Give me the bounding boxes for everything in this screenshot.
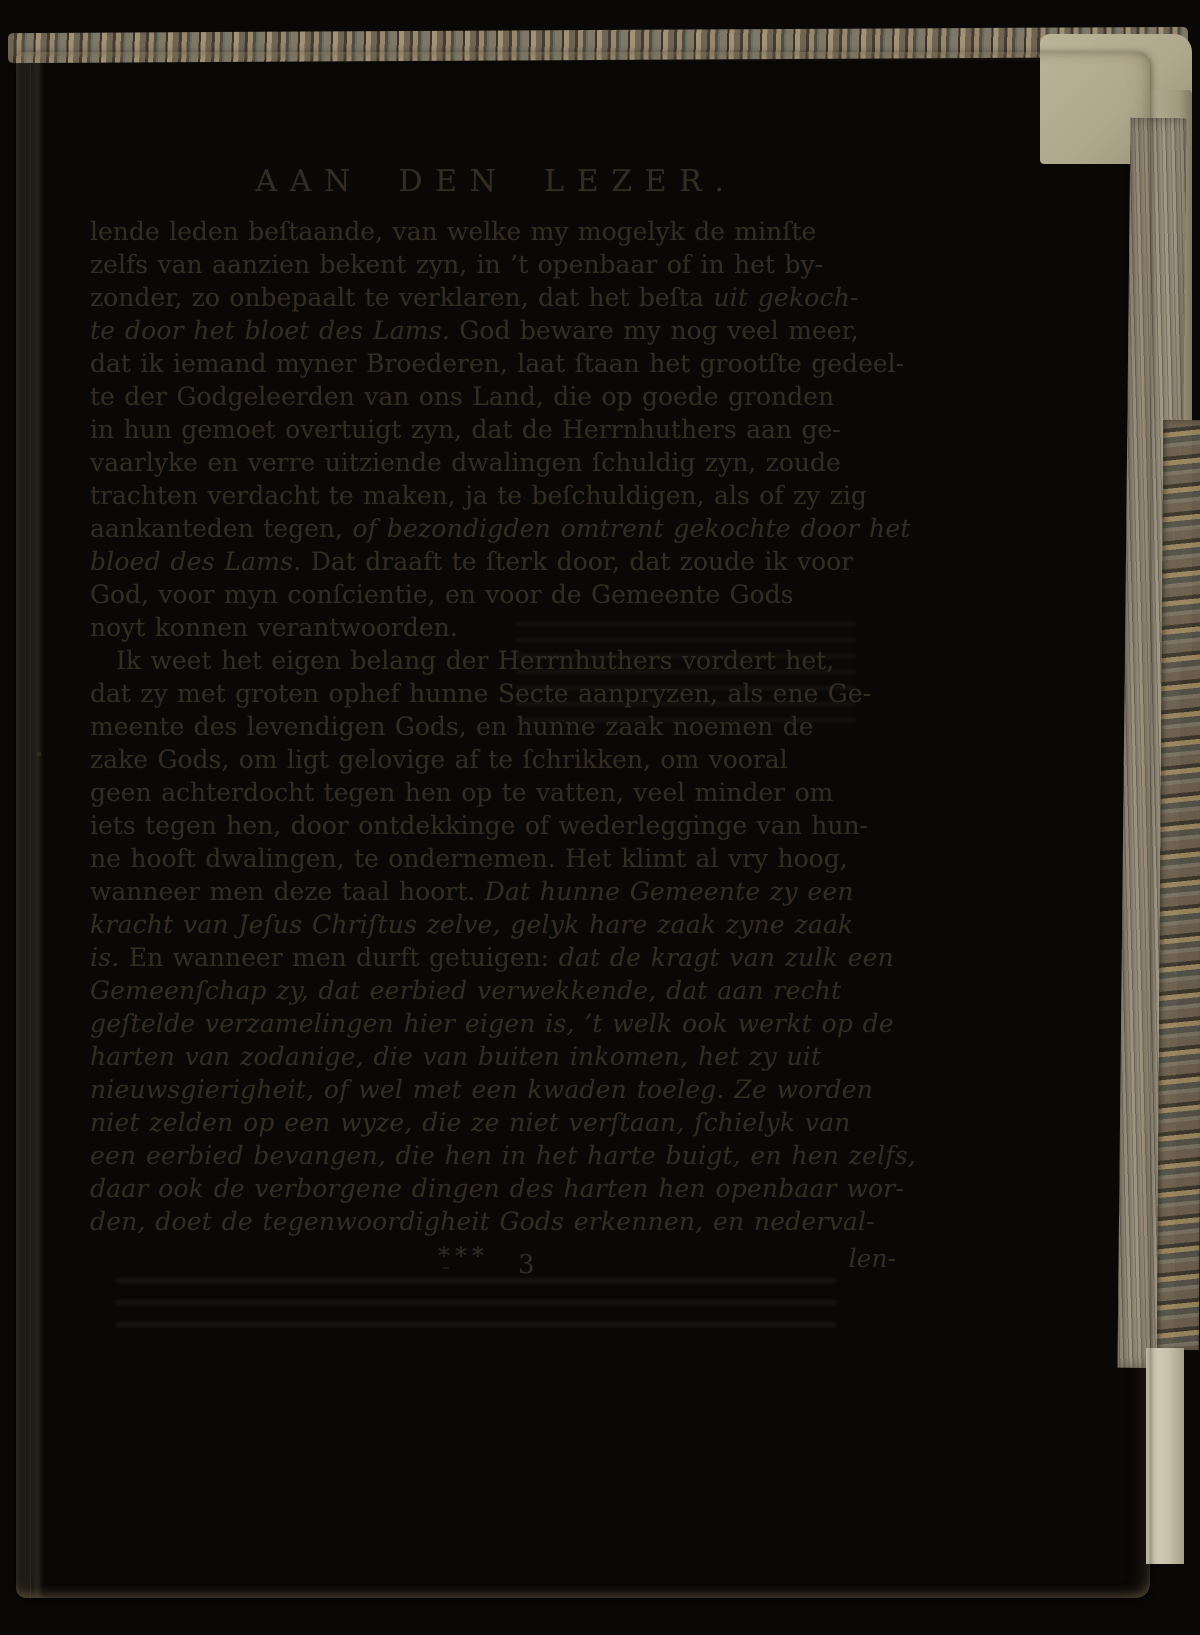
text-lines: lende leden beſtaande, van welke my moge… xyxy=(90,215,902,1238)
italic-text-segment: nieuwsgierigheit, of wel met een kwaden … xyxy=(90,1075,873,1104)
text-line: zonder, zo onbepaalt te verklaren, dat h… xyxy=(90,281,902,314)
text-line: geſtelde verzamelingen hier eigen is, ’t… xyxy=(90,1007,902,1040)
italic-text-segment: bloed des Lams. xyxy=(90,547,301,576)
italic-text-segment: harten van zodanige, die van buiten inko… xyxy=(90,1042,821,1071)
roman-text-segment: meente des levendigen Gods, en hunne zaa… xyxy=(90,712,814,741)
italic-text-segment: Gemeenſchap zy, dat eerbied verwekkende,… xyxy=(90,976,841,1005)
roman-text-segment: Dat draaft te ſterk door, dat zoude ik v… xyxy=(301,547,853,576)
roman-text-segment: zelfs van aanzien bekent zyn, in ’t open… xyxy=(90,250,823,279)
catchword: len- xyxy=(849,1244,896,1273)
italic-text-segment: den, doet de tegenwoordigheit Gods erken… xyxy=(90,1207,875,1236)
text-line: geen achterdocht tegen hen op te vatten,… xyxy=(90,776,902,809)
italic-text-segment: niet zelden op een wyze, die ze niet ver… xyxy=(90,1108,851,1137)
gutter-shade xyxy=(16,52,31,1598)
text-line: den, doet de tegenwoordigheit Gods erken… xyxy=(90,1205,902,1238)
text-line: vaarlyke en verre uitziende dwalingen ſc… xyxy=(90,446,902,479)
text-line: bloed des Lams. Dat draaft te ſterk door… xyxy=(90,545,902,578)
text-line: aankanteden tegen, of bezondigden omtren… xyxy=(90,512,902,545)
text-line: Gemeenſchap zy, dat eerbied verwekkende,… xyxy=(90,974,902,1007)
roman-text-segment: noyt konnen verantwoorden. xyxy=(90,613,458,642)
text-line: Ik weet het eigen belang der Herrnhuther… xyxy=(90,644,902,677)
text-line: God, voor myn conſcientie, en voor de Ge… xyxy=(90,578,902,611)
roman-text-segment: in hun gemoet overtuigt zyn, dat de Herr… xyxy=(90,415,841,444)
text-line: is. En wanneer men durft getuigen: dat d… xyxy=(90,941,902,974)
roman-text-segment: En wanneer men durft getuigen: xyxy=(119,943,558,972)
text-line: dat ik iemand myner Broederen, laat ſtaa… xyxy=(90,347,902,380)
text-line: meente des levendigen Gods, en hunne zaa… xyxy=(90,710,902,743)
fore-edge-marbling xyxy=(1157,420,1200,1350)
roman-text-segment: lende leden beſtaande, van welke my moge… xyxy=(90,217,816,246)
italic-text-segment: daar ook de verborgene dingen des harten… xyxy=(90,1174,904,1203)
quire-signature-number: 3 xyxy=(518,1250,535,1280)
text-line: zake Gods, om ligt gelovige af te ſchrik… xyxy=(90,743,902,776)
book-scan-photo: AAN DEN LEZER. lende leden beſtaande, va… xyxy=(0,0,1200,1635)
text-line: nieuwsgierigheit, of wel met een kwaden … xyxy=(90,1073,902,1106)
quire-signature-dash: – xyxy=(442,1258,450,1276)
book-page: AAN DEN LEZER. lende leden beſtaande, va… xyxy=(16,52,1150,1598)
italic-text-segment: uit gekoch- xyxy=(713,283,858,312)
text-line: iets tegen hen, door ontdekkinge of wede… xyxy=(90,809,902,842)
text-line: een eerbied bevangen, die hen in het har… xyxy=(90,1139,902,1172)
text-line: ne hooft dwalingen, te ondernemen. Het k… xyxy=(90,842,902,875)
italic-text-segment: dat de kragt van zulk een xyxy=(559,943,894,972)
margin-ink-dot xyxy=(37,752,41,756)
roman-text-segment: Ik weet het eigen belang der Herrnhuther… xyxy=(116,646,834,675)
italic-text-segment: geſtelde verzamelingen hier eigen is, ’t… xyxy=(90,1009,894,1038)
text-line: daar ook de verborgene dingen des harten… xyxy=(90,1172,902,1205)
italic-text-segment: Dat hunne Gemeente zy een xyxy=(485,877,854,906)
text-line: lende leden beſtaande, van welke my moge… xyxy=(90,215,902,248)
roman-text-segment: wanneer men deze taal hoort. xyxy=(90,877,485,906)
roman-text-segment: aankanteden tegen, xyxy=(90,514,352,543)
roman-text-segment: God beware my nog veel meer, xyxy=(450,316,859,345)
roman-text-segment: dat zy met groten ophef hunne Secte aanp… xyxy=(90,679,871,708)
underlying-page-edge xyxy=(1146,1348,1184,1564)
page-heading: AAN DEN LEZER. xyxy=(90,164,902,199)
text-block: AAN DEN LEZER. lende leden beſtaande, va… xyxy=(90,164,902,1288)
roman-text-segment: te der Godgeleerden van ons Land, die op… xyxy=(90,382,834,411)
italic-text-segment: een eerbied bevangen, die hen in het har… xyxy=(90,1141,916,1170)
text-line: dat zy met groten ophef hunne Secte aanp… xyxy=(90,677,902,710)
italic-text-segment: te door het bloet des Lams. xyxy=(90,316,450,345)
roman-text-segment: vaarlyke en verre uitziende dwalingen ſc… xyxy=(90,448,841,477)
text-line: in hun gemoet overtuigt zyn, dat de Herr… xyxy=(90,413,902,446)
italic-text-segment: of bezondigden omtrent gekochte door het xyxy=(352,514,910,543)
text-line: noyt konnen verantwoorden. xyxy=(90,611,902,644)
roman-text-segment: God, voor myn conſcientie, en voor de Ge… xyxy=(90,580,793,609)
text-line: wanneer men deze taal hoort. Dat hunne G… xyxy=(90,875,902,908)
text-line: niet zelden op een wyze, die ze niet ver… xyxy=(90,1106,902,1139)
text-line: zelfs van aanzien bekent zyn, in ’t open… xyxy=(90,248,902,281)
signature-row: *** – 3 len- xyxy=(90,1242,902,1288)
roman-text-segment: trachten verdacht te maken, ja te beſchu… xyxy=(90,481,867,510)
text-line: harten van zodanige, die van buiten inko… xyxy=(90,1040,902,1073)
roman-text-segment: iets tegen hen, door ontdekkinge of wede… xyxy=(90,811,868,840)
roman-text-segment: dat ik iemand myner Broederen, laat ſtaa… xyxy=(90,349,904,378)
roman-text-segment: zake Gods, om ligt gelovige af te ſchrik… xyxy=(90,745,788,774)
roman-text-segment: geen achterdocht tegen hen op te vatten,… xyxy=(90,778,833,807)
text-line: te door het bloet des Lams. God beware m… xyxy=(90,314,902,347)
text-line: kracht van Jeſus Chriſtus zelve, gelyk h… xyxy=(90,908,902,941)
roman-text-segment: ne hooft dwalingen, te ondernemen. Het k… xyxy=(90,844,848,873)
page-crease xyxy=(30,52,46,1598)
text-line: te der Godgeleerden van ons Land, die op… xyxy=(90,380,902,413)
italic-text-segment: kracht van Jeſus Chriſtus zelve, gelyk h… xyxy=(90,910,853,939)
text-line: trachten verdacht te maken, ja te beſchu… xyxy=(90,479,902,512)
roman-text-segment: zonder, zo onbepaalt te verklaren, dat h… xyxy=(90,283,713,312)
italic-text-segment: is. xyxy=(90,943,119,972)
